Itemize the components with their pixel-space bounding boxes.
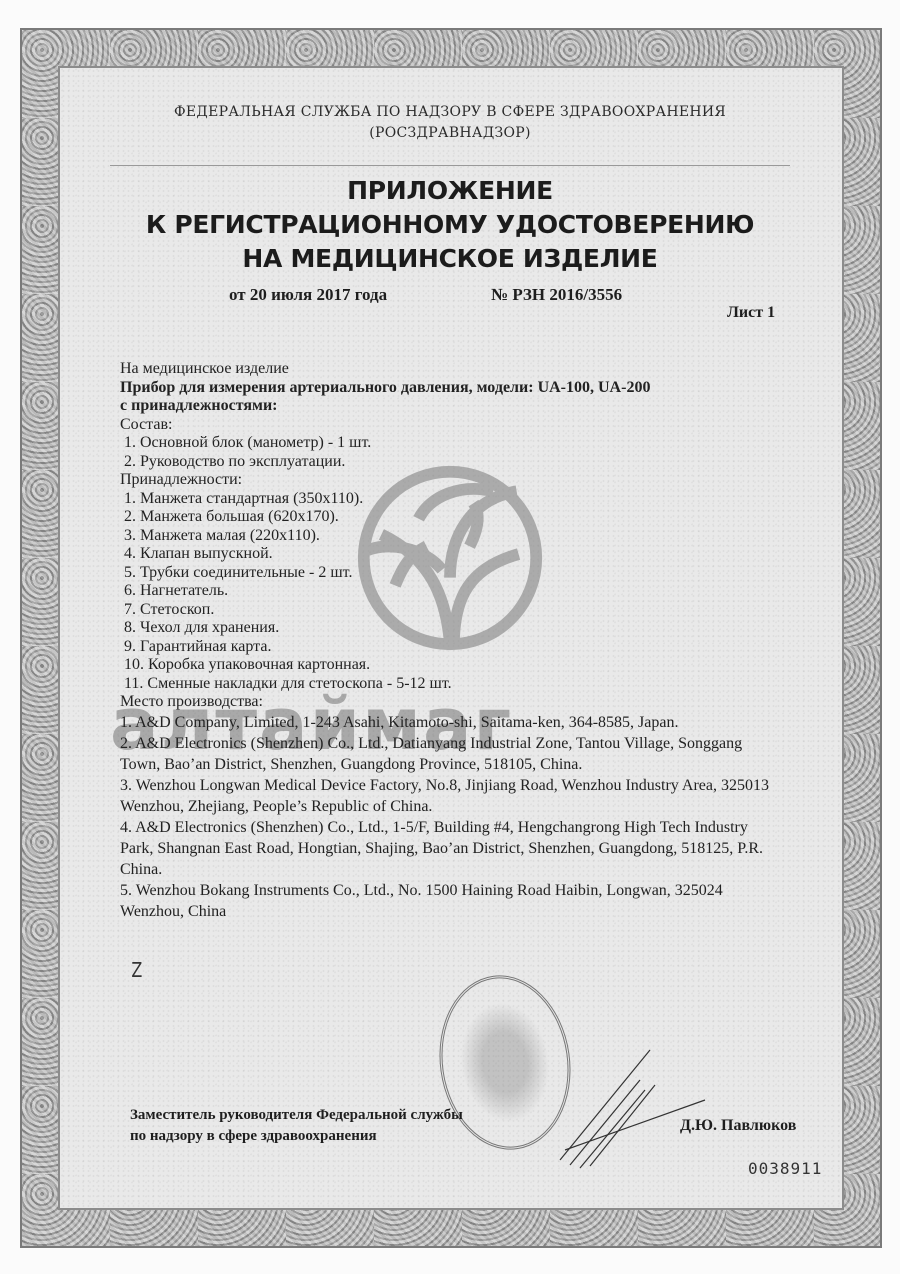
accessory-item: 7. Стетоскоп.	[120, 601, 820, 620]
accessory-item: 2. Манжета большая (620х170).	[120, 508, 820, 527]
device-name-cont: с принадлежностями:	[120, 397, 820, 416]
accessory-item: 8. Чехол для хранения.	[120, 619, 820, 638]
manufacturing-heading: Место производства:	[120, 693, 820, 712]
document-body: На медицинское изделие Прибор для измере…	[120, 360, 820, 922]
manufacturing-site: 2. A&D Electronics (Shenzhen) Co., Ltd.,…	[120, 733, 780, 775]
document-subtitle-1: К РЕГИСТРАЦИОННОМУ УДОСТОВЕРЕНИЮ	[0, 210, 900, 239]
manufacturing-site: 1. A&D Company, Limited, 1-243 Asahi, Ki…	[120, 712, 780, 733]
signature-icon	[540, 1040, 710, 1170]
device-intro: На медицинское изделие	[120, 360, 820, 379]
manufacturing-site: 5. Wenzhou Bokang Instruments Co., Ltd.,…	[120, 880, 780, 922]
signer-position-line1: Заместитель руководителя Федеральной слу…	[130, 1105, 463, 1126]
serial-number: 0038911	[748, 1159, 822, 1178]
accessory-item: 3. Манжета малая (220х110).	[120, 527, 820, 546]
composition-item: 2. Руководство по эксплуатации.	[120, 453, 820, 472]
accessory-item: 10. Коробка упаковочная картонная.	[120, 656, 820, 675]
document-subtitle-2: НА МЕДИЦИНСКОЕ ИЗДЕЛИЕ	[0, 244, 900, 273]
header-divider	[110, 165, 790, 166]
signer-position-line2: по надзору в сфере здравоохранения	[130, 1126, 463, 1147]
accessory-item: 11. Сменные накладки для стетоскопа - 5-…	[120, 675, 820, 694]
accessory-item: 6. Нагнетатель.	[120, 582, 820, 601]
document-title: ПРИЛОЖЕНИЕ	[0, 176, 900, 205]
handwritten-mark: Z	[131, 958, 142, 982]
manufacturing-site: 4. A&D Electronics (Shenzhen) Co., Ltd.,…	[120, 817, 780, 880]
accessory-item: 4. Клапан выпускной.	[120, 545, 820, 564]
agency-name: ФЕДЕРАЛЬНАЯ СЛУЖБА ПО НАДЗОРУ В СФЕРЕ ЗД…	[0, 104, 900, 120]
agency-abbreviation: (РОСЗДРАВНАДЗОР)	[0, 125, 900, 141]
accessories-heading: Принадлежности:	[120, 471, 820, 490]
manufacturing-site: 3. Wenzhou Longwan Medical Device Factor…	[120, 775, 780, 817]
composition-heading: Состав:	[120, 416, 820, 435]
accessory-item: 9. Гарантийная карта.	[120, 638, 820, 657]
composition-item: 1. Основной блок (манометр) - 1 шт.	[120, 434, 820, 453]
signer-name: Д.Ю. Павлюков	[680, 1117, 796, 1135]
document-date: от 20 июля 2017 года	[229, 285, 387, 305]
sheet-number: Лист 1	[727, 304, 775, 322]
signer-position: Заместитель руководителя Федеральной слу…	[130, 1105, 463, 1147]
registration-number: № РЗН 2016/3556	[491, 285, 622, 305]
accessory-item: 1. Манжета стандартная (350х110).	[120, 490, 820, 509]
accessory-item: 5. Трубки соединительные - 2 шт.	[120, 564, 820, 583]
device-name: Прибор для измерения артериального давле…	[120, 379, 820, 398]
